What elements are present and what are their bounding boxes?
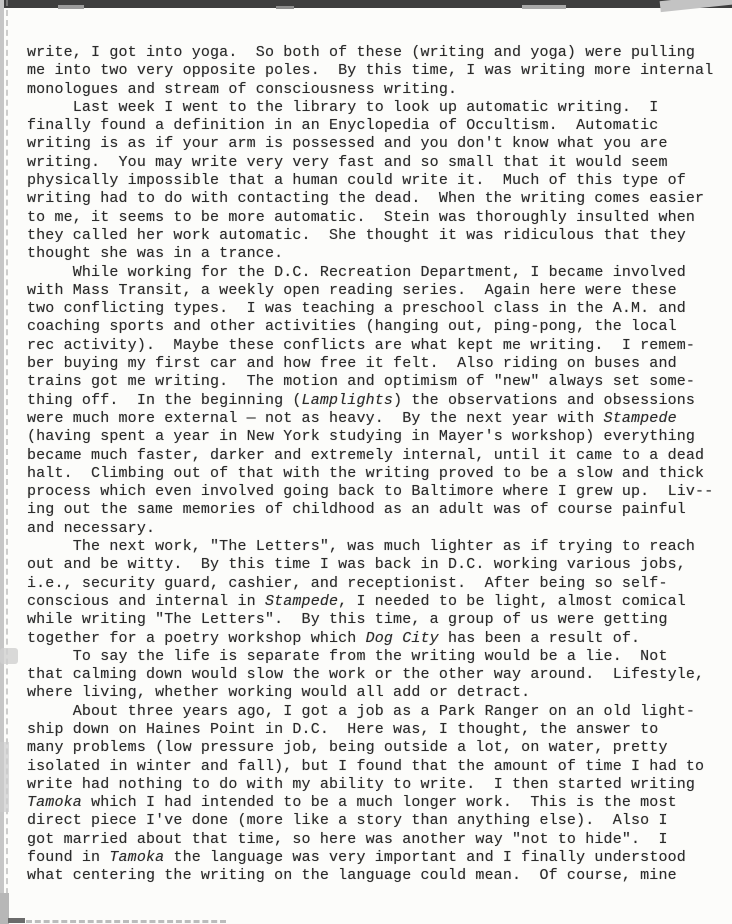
- text-line: thing off. In the beginning (Lamplights)…: [27, 392, 727, 410]
- text-line: To say the life is separate from the wri…: [27, 648, 727, 666]
- text-line: thought she was in a trance.: [27, 245, 727, 263]
- scan-artifact-left-smudge: [0, 648, 18, 664]
- text-run: ber buying my first car and how free it …: [27, 355, 677, 372]
- text-run: were much more external — not as heavy. …: [27, 410, 604, 427]
- scan-artifact-bottom-dashes: [26, 920, 226, 923]
- text-line: write, I got into yoga. So both of these…: [27, 44, 727, 62]
- text-run: became much faster, darker and extremely…: [27, 447, 704, 464]
- text-run: physically impossible that a human could…: [27, 172, 686, 189]
- text-line: Last week I went to the library to look …: [27, 99, 727, 117]
- text-run: to me, it seems to be more automatic. St…: [27, 209, 695, 226]
- text-run: trains got me writing. The motion and op…: [27, 373, 695, 390]
- scan-artifact-top-edge-notch: [58, 5, 84, 9]
- text-line: out and be witty. By this time I was bac…: [27, 556, 727, 574]
- text-run: which I had intended to be a much longer…: [82, 794, 677, 811]
- text-line: halt. Climbing out of that with the writ…: [27, 465, 727, 483]
- text-run: found in: [27, 849, 109, 866]
- text-line: conscious and internal in Stampede, I ne…: [27, 593, 727, 611]
- text-run: ship down on Haines Point in D.C. Here w…: [27, 721, 658, 738]
- text-run: together for a poetry workshop which: [27, 630, 366, 647]
- italic-work-title: Stampede: [604, 410, 677, 427]
- text-line: together for a poetry workshop which Dog…: [27, 630, 727, 648]
- text-line: i.e., security guard, cashier, and recep…: [27, 575, 727, 593]
- text-line: writing is as if your arm is possessed a…: [27, 135, 727, 153]
- text-run: , I needed to be light, almost comical: [338, 593, 686, 610]
- text-run: monologues and stream of consciousness w…: [27, 81, 457, 98]
- text-run: where living, whether working would all …: [27, 684, 530, 701]
- text-line: While working for the D.C. Recreation De…: [27, 264, 727, 282]
- text-run: (having spent a year in New York studyin…: [27, 428, 695, 445]
- text-run: two conflicting types. I was teaching a …: [27, 300, 686, 317]
- text-line: while writing "The Letters". By this tim…: [27, 611, 727, 629]
- text-line: and necessary.: [27, 520, 727, 538]
- italic-work-title: Dog City: [366, 630, 439, 647]
- text-run: got married about that time, so here was…: [27, 831, 668, 848]
- text-run: process which even involved going back t…: [27, 483, 713, 500]
- text-line: direct piece I've done (more like a stor…: [27, 812, 727, 830]
- text-run: thing off. In the beginning (: [27, 392, 302, 409]
- text-run: rec activity). Maybe these conflicts are…: [27, 337, 695, 354]
- text-run: while writing "The Letters". By this tim…: [27, 611, 668, 628]
- text-line: physically impossible that a human could…: [27, 172, 727, 190]
- text-line: isolated in winter and fall), but I foun…: [27, 758, 727, 776]
- text-line: writing had to do with contacting the de…: [27, 190, 727, 208]
- text-line: where living, whether working would all …: [27, 684, 727, 702]
- text-line: About three years ago, I got a job as a …: [27, 703, 727, 721]
- text-run: finally found a definition in an Enyclop…: [27, 117, 658, 134]
- text-line: two conflicting types. I was teaching a …: [27, 300, 727, 318]
- text-run: me into two very opposite poles. By this…: [27, 62, 713, 79]
- text-line: that calming down would slow the work or…: [27, 666, 727, 684]
- text-run: writing had to do with contacting the de…: [27, 190, 704, 207]
- scan-artifact-top-edge: [0, 0, 732, 8]
- scan-artifact-left-smudge: [0, 742, 9, 812]
- text-line: found in Tamoka the language was very im…: [27, 849, 727, 867]
- text-run: writing. You may write very very fast an…: [27, 154, 668, 171]
- italic-work-title: Tamoka: [109, 849, 164, 866]
- scan-artifact-top-edge-notch: [522, 5, 566, 9]
- text-run: that calming down would slow the work or…: [27, 666, 704, 683]
- text-line: they called her work automatic. She thou…: [27, 227, 727, 245]
- text-run: what centering the writing on the langua…: [27, 867, 677, 884]
- text-run: Last week I went to the library to look …: [27, 99, 658, 116]
- text-line: Tamoka which I had intended to be a much…: [27, 794, 727, 812]
- text-line: ber buying my first car and how free it …: [27, 355, 727, 373]
- text-line: (having spent a year in New York studyin…: [27, 428, 727, 446]
- text-line: writing. You may write very very fast an…: [27, 154, 727, 172]
- text-run: many problems (low pressure job, being o…: [27, 739, 668, 756]
- text-line: me into two very opposite poles. By this…: [27, 62, 727, 80]
- text-run: While working for the D.C. Recreation De…: [27, 264, 686, 281]
- text-line: became much faster, darker and extremely…: [27, 447, 727, 465]
- text-line: ship down on Haines Point in D.C. Here w…: [27, 721, 727, 739]
- text-line: write had nothing to do with my ability …: [27, 776, 727, 794]
- text-run: To say the life is separate from the wri…: [27, 648, 668, 665]
- italic-work-title: Tamoka: [27, 794, 82, 811]
- text-line: process which even involved going back t…: [27, 483, 727, 501]
- text-line: got married about that time, so here was…: [27, 831, 727, 849]
- text-line: many problems (low pressure job, being o…: [27, 739, 727, 757]
- text-line: ing out the same memories of childhood a…: [27, 501, 727, 519]
- text-run: thought she was in a trance.: [27, 245, 283, 262]
- text-run: About three years ago, I got a job as a …: [27, 703, 695, 720]
- text-run: the language was very important and I fi…: [164, 849, 686, 866]
- typewritten-text: write, I got into yoga. So both of these…: [27, 44, 727, 886]
- text-run: writing is as if your arm is possessed a…: [27, 135, 668, 152]
- text-line: trains got me writing. The motion and op…: [27, 373, 727, 391]
- text-run: direct piece I've done (more like a stor…: [27, 812, 668, 829]
- text-line: monologues and stream of consciousness w…: [27, 81, 727, 99]
- scan-artifact-bottom-left-mark: [8, 918, 25, 923]
- text-run: conscious and internal in: [27, 593, 265, 610]
- text-line: with Mass Transit, a weekly open reading…: [27, 282, 727, 300]
- text-run: write, I got into yoga. So both of these…: [27, 44, 695, 61]
- text-run: they called her work automatic. She thou…: [27, 227, 686, 244]
- text-run: write had nothing to do with my ability …: [27, 776, 695, 793]
- text-run: coaching sports and other activities (ha…: [27, 318, 677, 335]
- text-run: i.e., security guard, cashier, and recep…: [27, 575, 668, 592]
- text-run: out and be witty. By this time I was bac…: [27, 556, 686, 573]
- text-line: were much more external — not as heavy. …: [27, 410, 727, 428]
- text-run: ) the observations and obsessions: [393, 392, 695, 409]
- text-run: isolated in winter and fall), but I foun…: [27, 758, 704, 775]
- text-run: and necessary.: [27, 520, 155, 537]
- text-line: The next work, "The Letters", was much l…: [27, 538, 727, 556]
- text-line: coaching sports and other activities (ha…: [27, 318, 727, 336]
- text-run: ing out the same memories of childhood a…: [27, 501, 686, 518]
- text-line: rec activity). Maybe these conflicts are…: [27, 337, 727, 355]
- italic-work-title: Stampede: [265, 593, 338, 610]
- text-run: with Mass Transit, a weekly open reading…: [27, 282, 677, 299]
- italic-work-title: Lamplights: [302, 392, 394, 409]
- text-run: halt. Climbing out of that with the writ…: [27, 465, 704, 482]
- scanned-page: write, I got into yoga. So both of these…: [0, 0, 732, 924]
- scan-artifact-top-edge-notch: [276, 6, 294, 9]
- text-run: has been a result of.: [439, 630, 640, 647]
- text-line: to me, it seems to be more automatic. St…: [27, 209, 727, 227]
- text-line: what centering the writing on the langua…: [27, 867, 727, 885]
- text-line: finally found a definition in an Enyclop…: [27, 117, 727, 135]
- text-run: The next work, "The Letters", was much l…: [27, 538, 695, 555]
